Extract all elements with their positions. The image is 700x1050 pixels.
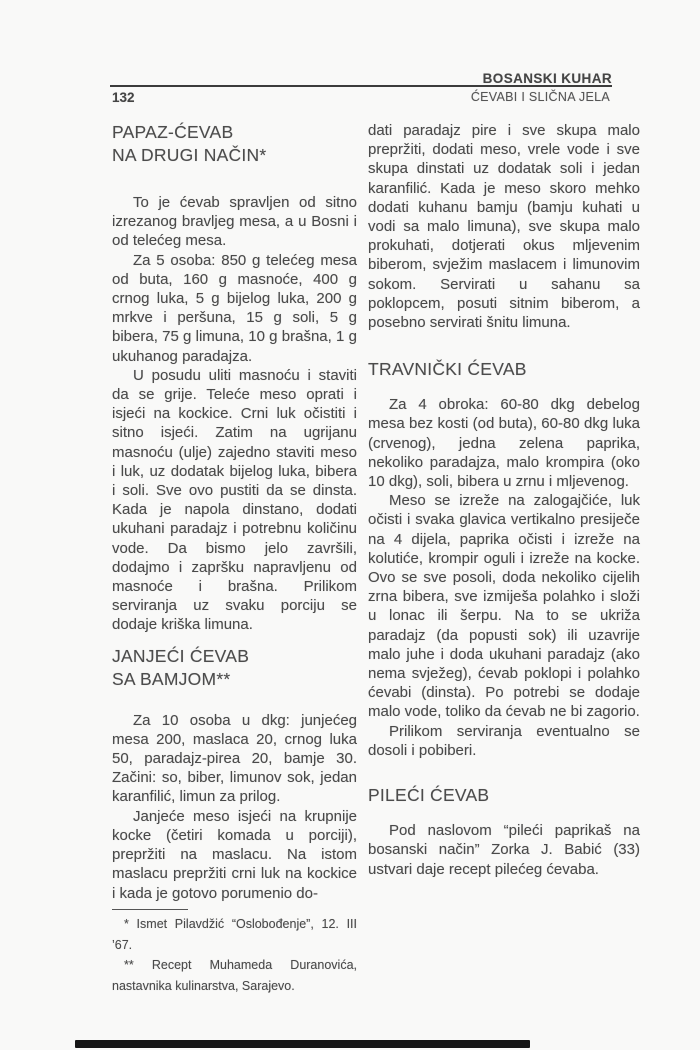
right-column: dati paradajz pire i sve skupa malo prep… <box>368 121 640 879</box>
scan-artifact-bar <box>75 1040 530 1048</box>
paragraph: Prilikom serviranja eventualno se dosoli… <box>368 722 640 760</box>
header-rule <box>110 85 612 87</box>
paragraph: Za 10 osoba u dkg: junjećeg mesa 200, ma… <box>112 711 357 807</box>
paragraph: To je ćevab spravljen od sitno izrezanog… <box>112 193 357 251</box>
recipe-title-papaz-cevab: PAPAZ-ĆEVAB NA DRUGI NAČIN* <box>112 121 357 167</box>
recipe-title-line: JANJEĆI ĆEVAB <box>112 645 357 668</box>
paragraph: Meso se izreže na zalogajčiće, luk očist… <box>368 491 640 721</box>
recipe-title-line: NA DRUGI NAČIN* <box>112 144 357 167</box>
running-head-chapter: ĆEVABI I SLIČNA JELA <box>471 90 610 104</box>
recipe-title-line: PAPAZ-ĆEVAB <box>112 121 357 144</box>
paragraph: Pod naslovom “pileći paprikaš na bosansk… <box>368 821 640 879</box>
recipe-title-travnicki-cevab: TRAVNIČKI ĆEVAB <box>368 358 640 381</box>
paragraph: Za 4 obroka: 60-80 dkg debelog mesa bez … <box>368 395 640 491</box>
footnote: * Ismet Pilavdžić “Oslobođenje”, 12. III… <box>112 914 357 955</box>
footnote-separator-rule <box>112 909 188 911</box>
recipe-title-line: PILEĆI ĆEVAB <box>368 784 640 807</box>
running-head-book-title: BOSANSKI KUHAR <box>483 71 612 86</box>
paragraph: Janjeće meso isjeći na krupnije kocke (č… <box>112 807 357 903</box>
page-number: 132 <box>112 90 135 105</box>
paragraph-continuation: dati paradajz pire i sve skupa malo prep… <box>368 121 640 332</box>
book-page: BOSANSKI KUHAR 132 ĆEVABI I SLIČNA JELA … <box>0 0 700 1050</box>
paragraph: U posudu uliti masnoću i staviti da se g… <box>112 366 357 635</box>
recipe-title-line: TRAVNIČKI ĆEVAB <box>368 358 640 381</box>
recipe-title-line: SA BAMJOM** <box>112 668 357 691</box>
recipe-title-pileci-cevab: PILEĆI ĆEVAB <box>368 784 640 807</box>
recipe-title-janjeci-cevab: JANJEĆI ĆEVAB SA BAMJOM** <box>112 645 357 691</box>
left-column: PAPAZ-ĆEVAB NA DRUGI NAČIN* To je ćevab … <box>112 121 357 996</box>
paragraph: Za 5 osoba: 850 g telećeg mesa od buta, … <box>112 251 357 366</box>
footnotes: * Ismet Pilavdžić “Oslobođenje”, 12. III… <box>112 909 357 997</box>
footnote: ** Recept Muhameda Duranovića, nastavnik… <box>112 955 357 996</box>
